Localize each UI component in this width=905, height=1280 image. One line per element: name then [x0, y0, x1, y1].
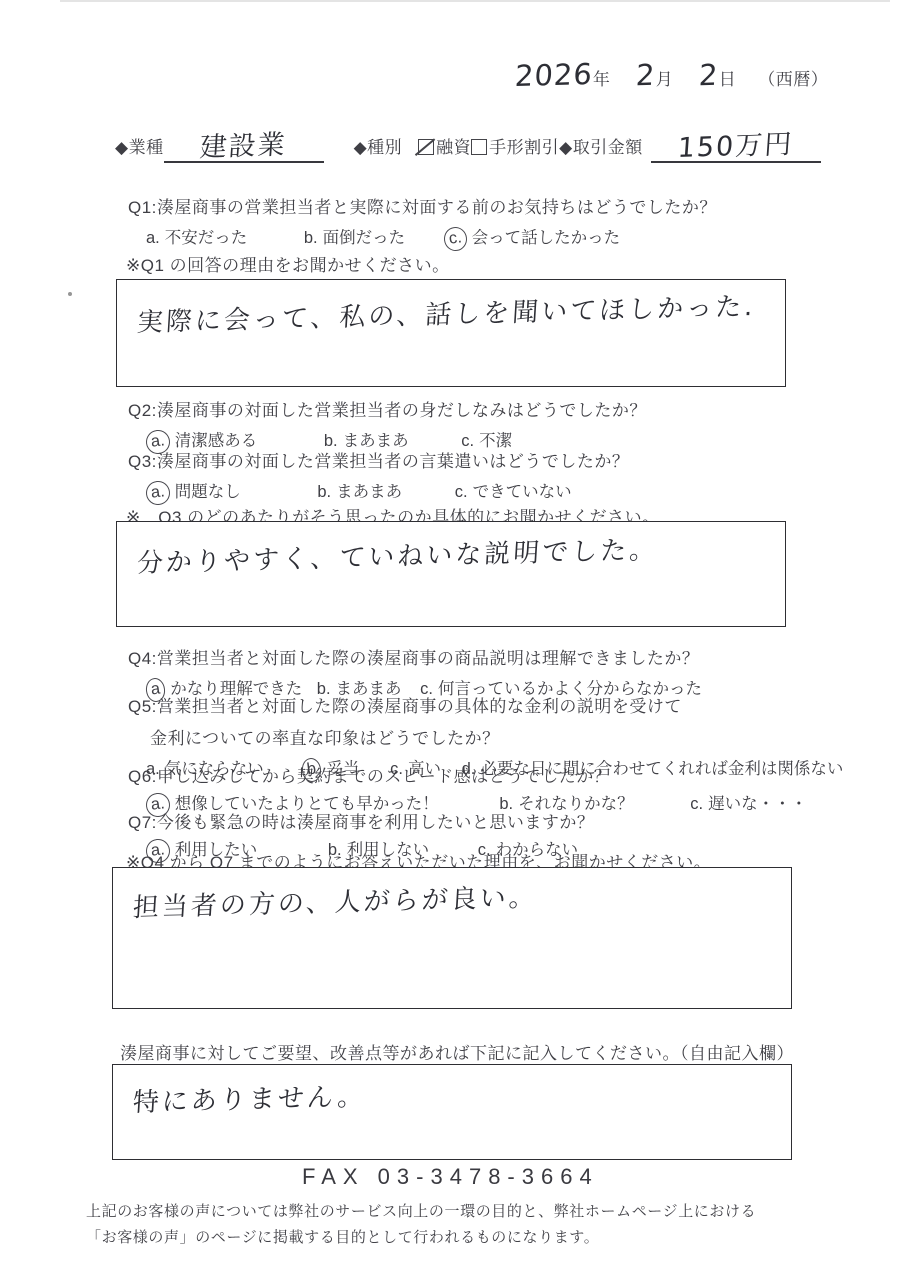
free-comment-label: 湊屋商事に対してご要望、改善点等があれば下記に記入してください。（自由記入欄）: [120, 1039, 794, 1064]
q4-q7-reason-answer-box: 担当者の方の、人がらが良い。: [112, 867, 792, 1009]
amount-label: ◆取引金額: [559, 133, 643, 158]
date-year-label: 年: [593, 65, 611, 90]
q2-block: Q2:湊屋商事の対面した営業担当者の身だしなみはどうでしたか？ a.清潔感ある …: [128, 396, 647, 454]
q7-title: Q7:今後も緊急の時は湊屋商事を利用したいと思いますか？: [128, 808, 594, 833]
q4-q7-reason-handwritten: 担当者の方の、人がらが良い。: [132, 877, 539, 925]
scan-artifact-speck: [68, 292, 72, 296]
q1-option-b: b.面倒だった: [304, 224, 405, 248]
footer-note-line1: 上記のお客様の声については弊社のサービス向上の一環の目的と、弊社ホームページ上に…: [86, 1200, 756, 1221]
date-calendar-note: （西暦）: [758, 65, 828, 90]
fax-number: FAX 03-3478-3664: [302, 1164, 599, 1190]
q3-title: Q3:湊屋商事の対面した営業担当者の言葉遣いはどうでしたか？: [128, 447, 629, 472]
q1-option-a: a.不安だった: [146, 224, 247, 248]
q5-title-line1: Q5:営業担当者と対面した際の湊屋商事の具体的な金利の説明を受けて: [128, 692, 843, 717]
category-option-loan: 融資: [418, 133, 471, 158]
q1-title: Q1:湊屋商事の営業担当者と実際に対面する前のお気持ちはどうでしたか？: [128, 193, 717, 218]
amount-underline: 150万円: [651, 122, 821, 163]
free-comment-answer-box: 特にありません。: [112, 1064, 792, 1160]
q1-reason-label: ※Q1 の回答の理由をお聞かせください。: [126, 251, 450, 276]
bill-discount-checkbox: [471, 139, 487, 155]
industry-value-handwritten: 建設業: [199, 122, 289, 164]
q1-reason-handwritten: 実際に会って、私の、話しを聞いてほしかった.: [136, 286, 757, 339]
date-day-label: 日: [719, 65, 737, 90]
q3-block: Q3:湊屋商事の対面した営業担当者の言葉遣いはどうでしたか？ a.問題なし b.…: [128, 447, 629, 505]
date-line: 2026 年 2 月 2 日 （西暦）: [515, 58, 828, 92]
bill-discount-label: 手形割引: [489, 138, 559, 157]
q1-option-c: c.会って話したかった: [444, 224, 620, 251]
meta-line: ◆業種 建設業 ◆種別 融資 手形割引 ◆取引金額 150万円: [115, 122, 821, 163]
date-month-label: 月: [656, 65, 674, 90]
q3-option-b: b.まあまあ: [317, 478, 402, 502]
q1-options: a.不安だった b.面倒だった c.会って話したかった: [128, 224, 717, 251]
scan-artifact-top-edge: [60, 0, 890, 2]
free-comment-handwritten: 特にありません。: [132, 1076, 368, 1119]
q4-title: Q4:営業担当者と対面した際の湊屋商事の商品説明は理解できましたか？: [128, 644, 702, 669]
date-year-handwritten: 2026: [514, 57, 594, 93]
q3-reason-handwritten: 分かりやすく、ていねいな説明でした。: [136, 529, 660, 580]
q6-title: Q6:申し込みしてから契約までのスピード感はどうでしたか？: [128, 762, 807, 787]
scanned-survey-form: 2026 年 2 月 2 日 （西暦） ◆業種 建設業 ◆種別 融資 手形割引 …: [0, 0, 905, 1280]
q3-option-c: c.できていない: [455, 478, 572, 502]
loan-label: 融資: [436, 138, 471, 157]
category-label: ◆種別: [354, 133, 403, 158]
industry-label: ◆業種: [115, 133, 164, 158]
q1-reason-answer-box: 実際に会って、私の、話しを聞いてほしかった.: [116, 279, 786, 387]
date-day-handwritten: 2: [698, 58, 720, 93]
footer-note-line2: 「お客様の声」のページに掲載する目的として行われるものになります。: [86, 1226, 599, 1247]
loan-checkbox: [418, 139, 434, 155]
q3-option-a: a.問題なし: [146, 478, 241, 505]
q3-options: a.問題なし b.まあまあ c.できていない: [128, 478, 629, 505]
q6-option-c: c.遅いな・・・: [690, 790, 807, 814]
industry-underline: 建設業: [164, 122, 324, 163]
q1-block: Q1:湊屋商事の営業担当者と実際に対面する前のお気持ちはどうでしたか？ a.不安…: [128, 193, 717, 251]
q3-reason-answer-box: 分かりやすく、ていねいな説明でした。: [116, 521, 786, 627]
date-month-handwritten: 2: [635, 58, 657, 93]
amount-value-handwritten: 150万円: [676, 122, 794, 165]
category-option-bill-discount: 手形割引: [471, 133, 559, 158]
q5-title-line2: 金利についての率直な印象はどうでしたか？: [128, 724, 843, 749]
q2-title: Q2:湊屋商事の対面した営業担当者の身だしなみはどうでしたか？: [128, 396, 647, 421]
